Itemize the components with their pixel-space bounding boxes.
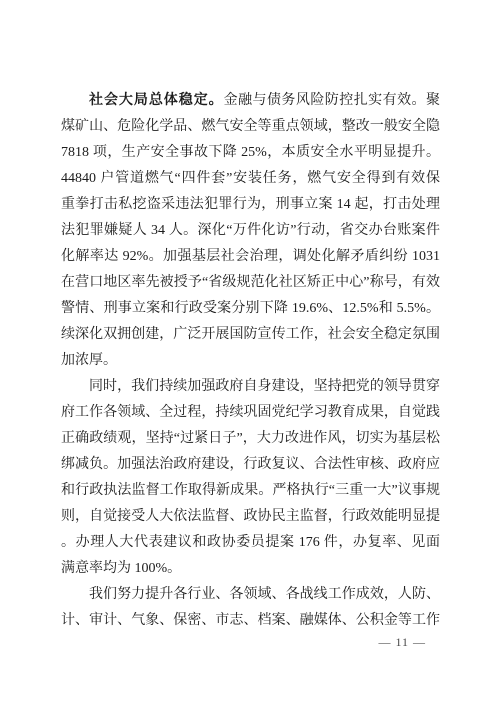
- paragraph-sector-achievements: 我们努力提升各行业、各领域、各战线工作成效，人防、统计、审计、气象、保密、市志、…: [61, 582, 440, 634]
- text-line: 警情、刑事立案和行政受案分别下降 19.6%、12.5%和 5.5%。持: [61, 296, 440, 322]
- document-body: 社会大局总体稳定。金融与债务风险防控扎实有效。聚焦非 煤矿山、危险化学品、燃气安…: [61, 88, 440, 634]
- text-line: 计、审计、气象、保密、市志、档案、融媒体、公积金等工作得: [61, 608, 440, 634]
- text-line: 和行政执法监督工作取得新成果。严格执行“三重一大”议事规: [61, 478, 440, 504]
- text-line: 满意率均为 100%。: [61, 556, 440, 582]
- paragraph-government-self-building: 同时，我们持续加强政府自身建设，坚持把党的领导贯穿政府工作各领域、全过程，持续巩…: [61, 374, 440, 582]
- paragraph-social-stability: 社会大局总体稳定。金融与债务风险防控扎实有效。聚焦非 煤矿山、危险化学品、燃气安…: [61, 88, 440, 374]
- document-page: 社会大局总体稳定。金融与债务风险防控扎实有效。聚焦非 煤矿山、危险化学品、燃气安…: [0, 0, 500, 707]
- text-line: 我们努力提升各行业、各领域、各战线工作成效，人防、统: [61, 582, 440, 608]
- page-number: — 11 —: [378, 635, 426, 649]
- paragraph-social-stability-lines: 煤矿山、危险化学品、燃气安全等重点领域，整改一般安全隐患7818 项，生产安全事…: [61, 114, 440, 374]
- text-line: 7818 项，生产安全事故下降 25%，本质安全水平明显提升。完成: [61, 140, 440, 166]
- paragraph-lead-line: 社会大局总体稳定。金融与债务风险防控扎实有效。聚焦非: [61, 88, 440, 114]
- text-line: 化解率达 92%。加强基层社会治理，调处化解矛盾纠纷 1031 件，: [61, 244, 440, 270]
- paragraph-government-self-building-lines: 同时，我们持续加强政府自身建设，坚持把党的领导贯穿政府工作各领域、全过程，持续巩…: [61, 374, 440, 582]
- text-line: 加浓厚。: [61, 348, 440, 374]
- paragraph-lead-bold: 社会大局总体稳定。: [89, 93, 224, 108]
- text-line: 正确政绩观，坚持“过紧日子”，大力改进作风，切实为基层松: [61, 426, 440, 452]
- text-line: 重拳打击私挖盗采违法犯罪行为，刑事立案 14 起，打击处理违: [61, 192, 440, 218]
- text-line: 44840 户管道燃气“四件套”安装任务，燃气安全得到有效保障。: [61, 166, 440, 192]
- text-line: 法犯罪嫌疑人 34 人。深化“万件化访”行动，省交办台账案件: [61, 218, 440, 244]
- text-line: 续深化双拥创建，广泛开展国防宣传工作，社会安全稳定氛围更: [61, 322, 440, 348]
- paragraph-sector-achievements-lines: 我们努力提升各行业、各领域、各战线工作成效，人防、统计、审计、气象、保密、市志、…: [61, 582, 440, 634]
- text-line: 府工作各领域、全过程，持续巩固党纪学习教育成果，自觉践行: [61, 400, 440, 426]
- text-line: 则，自觉接受人大依法监督、政协民主监督，行政效能明显提升: [61, 504, 440, 530]
- text-line: 煤矿山、危险化学品、燃气安全等重点领域，整改一般安全隐患: [61, 114, 440, 140]
- text-line: 。办理人大代表建议和政协委员提案 176 件，办复率、见面率、: [61, 530, 440, 556]
- text-line: 同时，我们持续加强政府自身建设，坚持把党的领导贯穿政: [61, 374, 440, 400]
- text-line: 在营口地区率先被授予“省级规范化社区矫正中心”称号，有效: [61, 270, 440, 296]
- text-line: 绑减负。加强法治政府建设，行政复议、合法性审核、政府应诉: [61, 452, 440, 478]
